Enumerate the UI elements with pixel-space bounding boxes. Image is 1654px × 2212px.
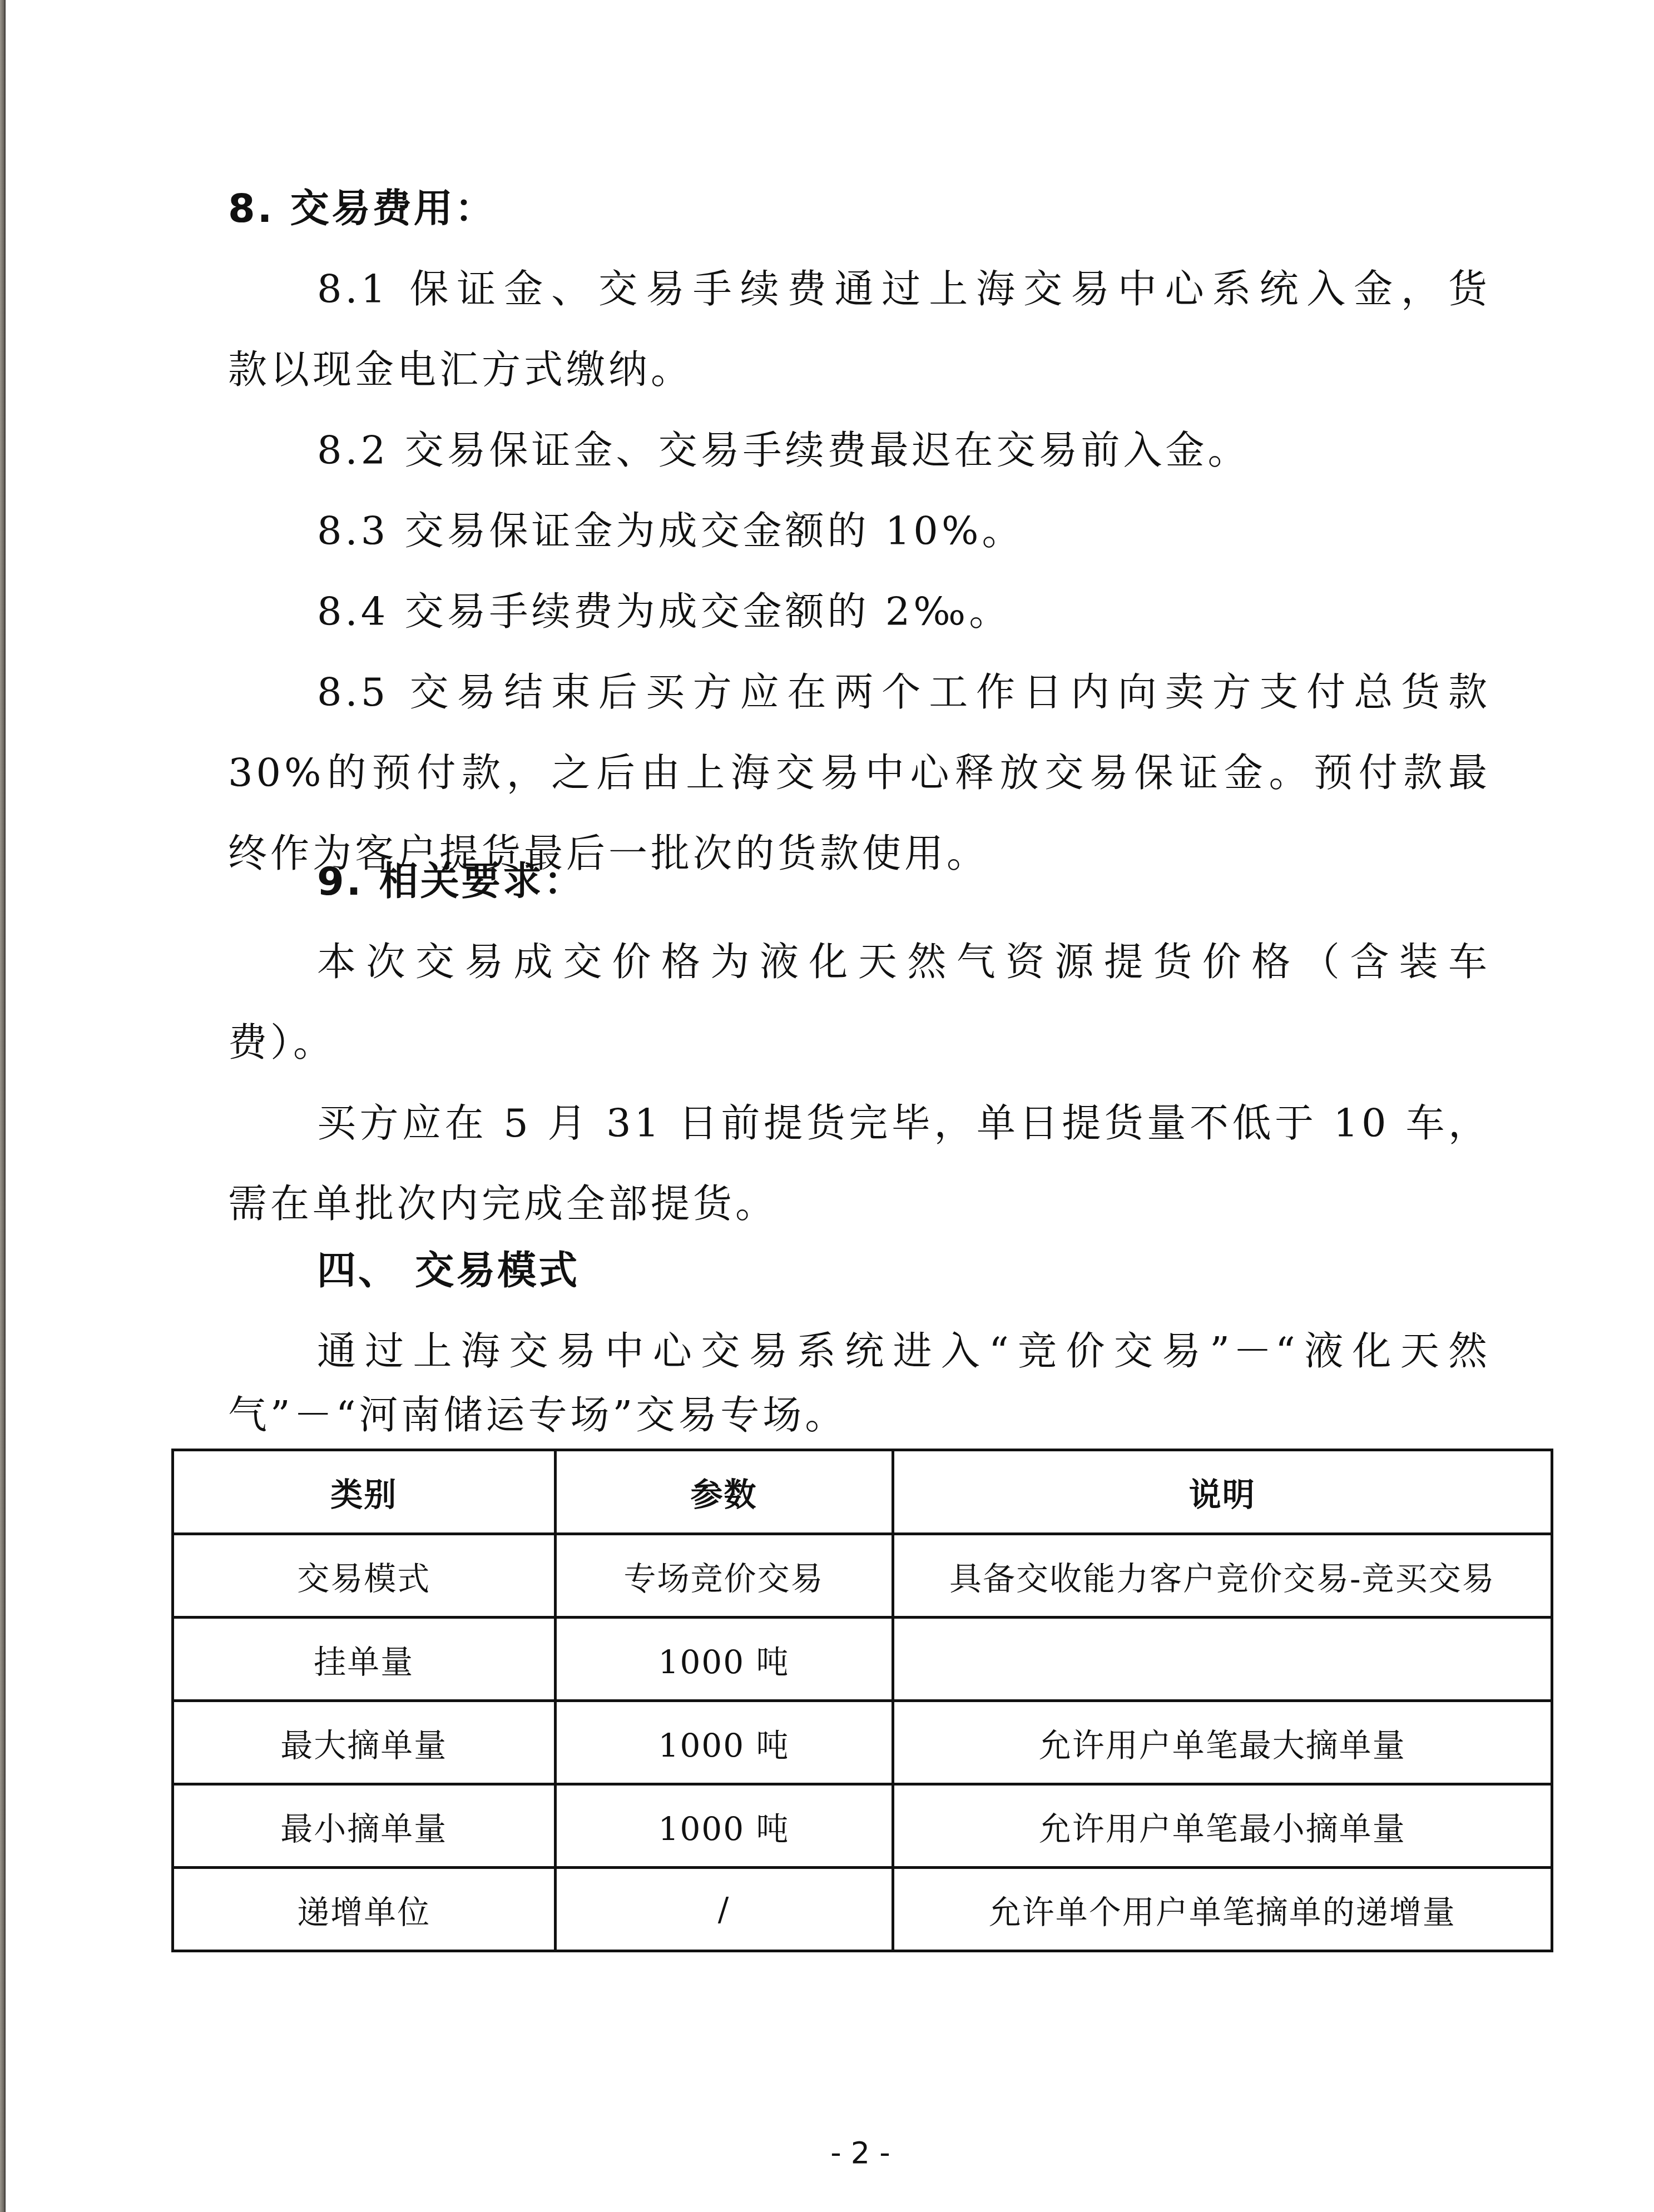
paragraph-8-1-line-1: 8.1 保证金、交易手续费通过上海交易中心系统入金，货 xyxy=(317,264,1490,314)
cell-description: 允许用户单笔最大摘单量 xyxy=(893,1701,1552,1784)
cell-description: 具备交收能力客户竞价交易-竞买交易 xyxy=(893,1534,1552,1618)
paragraph-8-1-line-2: 款以现金电汇方式缴纳。 xyxy=(228,345,693,395)
header-description: 说明 xyxy=(893,1450,1552,1534)
section-9-heading: 9. 相关要求： xyxy=(317,856,585,906)
paragraph-8-2: 8.2 交易保证金、交易手续费最迟在交易前入金。 xyxy=(317,425,1250,475)
header-category: 类别 xyxy=(173,1450,556,1534)
paragraph-8-4: 8.4 交易手续费为成交金额的 2‰。 xyxy=(317,587,1011,637)
cell-parameter: 1000 吨 xyxy=(555,1618,893,1701)
paragraph-9-1-line-2: 费）。 xyxy=(228,1018,335,1068)
cell-category: 递增单位 xyxy=(173,1868,556,1951)
section-4-heading: 四、 交易模式 xyxy=(317,1246,580,1296)
cell-description: 允许用户单笔最小摘单量 xyxy=(893,1784,1552,1868)
cell-description xyxy=(893,1618,1552,1701)
paragraph-4-1-line-2: 气”－“河南储运专场”交易专场。 xyxy=(228,1390,847,1440)
cell-parameter: 1000 吨 xyxy=(555,1701,893,1784)
paragraph-9-2-line-1: 买方应在 5 月 31 日前提货完毕，单日提货量不低于 10 车， xyxy=(317,1098,1490,1148)
paragraph-9-1-line-1: 本次交易成交价格为液化天然气资源提货价格（含装车 xyxy=(317,937,1490,987)
section-8-heading: 8. 交易费用： xyxy=(228,183,496,234)
cell-parameter: 专场竞价交易 xyxy=(555,1534,893,1618)
header-parameter: 参数 xyxy=(555,1450,893,1534)
paragraph-8-5-line-2: 30%的预付款，之后由上海交易中心释放交易保证金。预付款最 xyxy=(228,748,1490,798)
paragraph-8-3: 8.3 交易保证金为成交金额的 10%。 xyxy=(317,506,1024,556)
paragraph-8-5-line-1: 8.5 交易结束后买方应在两个工作日内向卖方支付总货款 xyxy=(317,667,1490,717)
table-row: 最小摘单量 1000 吨 允许用户单笔最小摘单量 xyxy=(173,1784,1552,1868)
paragraph-4-1-line-1: 通过上海交易中心交易系统进入“竞价交易”－“液化天然 xyxy=(317,1326,1490,1376)
cell-parameter: / xyxy=(555,1868,893,1951)
cell-category: 挂单量 xyxy=(173,1618,556,1701)
table-row: 挂单量 1000 吨 xyxy=(173,1618,1552,1701)
table-header-row: 类别 参数 说明 xyxy=(173,1450,1552,1534)
cell-description: 允许单个用户单笔摘单的递增量 xyxy=(893,1868,1552,1951)
scan-edge xyxy=(0,0,6,2212)
table-row: 交易模式 专场竞价交易 具备交收能力客户竞价交易-竞买交易 xyxy=(173,1534,1552,1618)
cell-category: 最大摘单量 xyxy=(173,1701,556,1784)
table-row: 递增单位 / 允许单个用户单笔摘单的递增量 xyxy=(173,1868,1552,1951)
trading-parameters-table: 类别 参数 说明 交易模式 专场竞价交易 具备交收能力客户竞价交易-竞买交易 挂… xyxy=(171,1449,1553,1952)
page-number: - 2 - xyxy=(827,2135,894,2170)
table-row: 最大摘单量 1000 吨 允许用户单笔最大摘单量 xyxy=(173,1701,1552,1784)
paragraph-9-2-line-2: 需在单批次内完成全部提货。 xyxy=(228,1179,778,1229)
cell-category: 最小摘单量 xyxy=(173,1784,556,1868)
cell-parameter: 1000 吨 xyxy=(555,1784,893,1868)
cell-category: 交易模式 xyxy=(173,1534,556,1618)
